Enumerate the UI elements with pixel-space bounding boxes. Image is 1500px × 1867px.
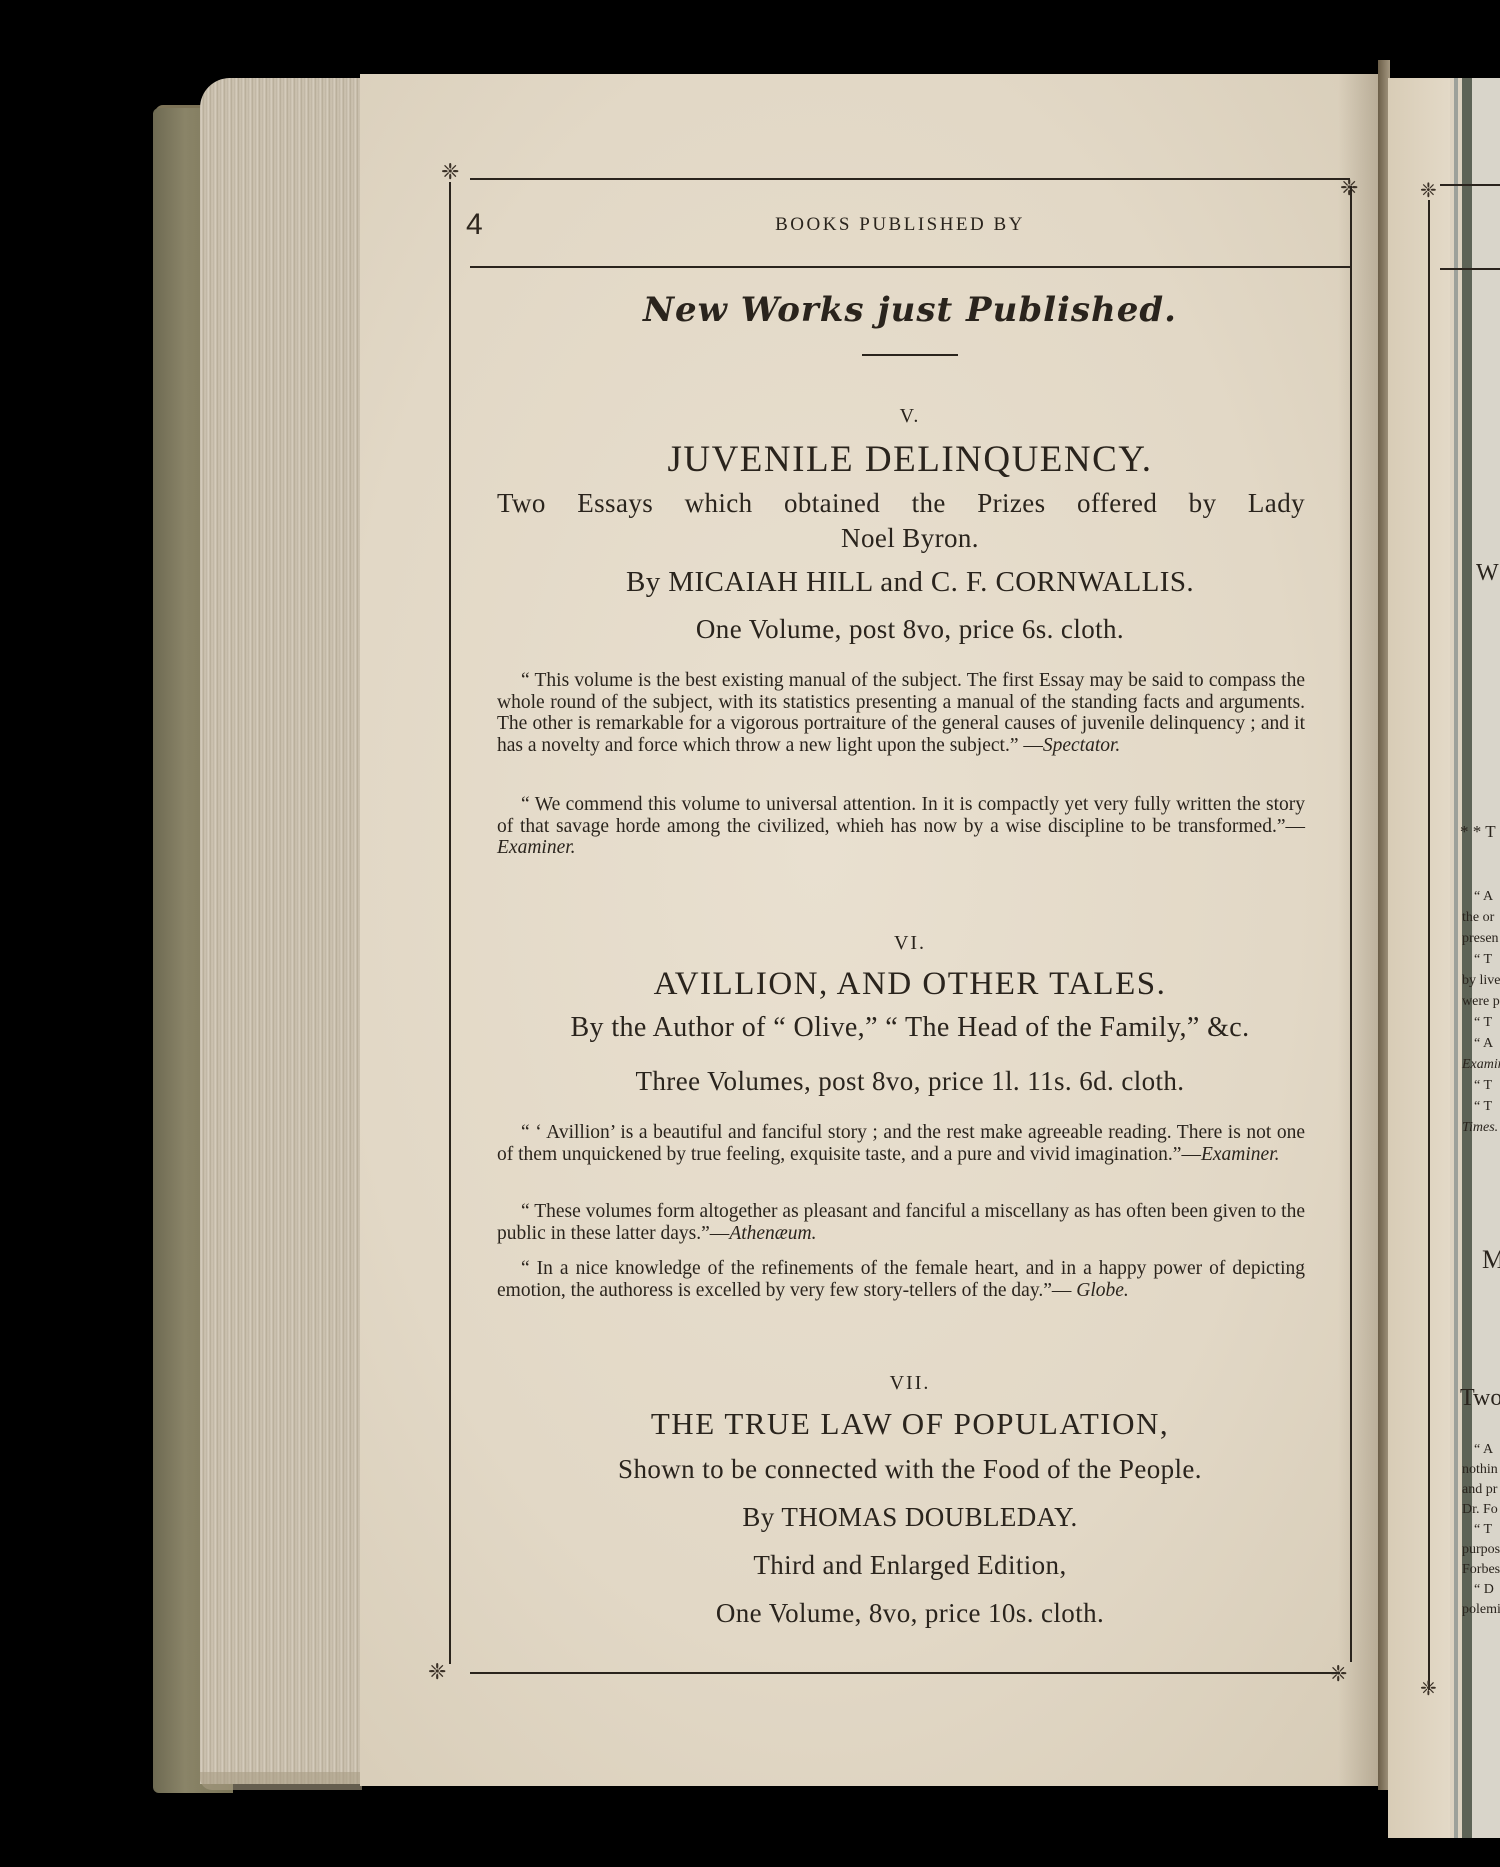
facing-fragment: purpos — [1462, 1540, 1500, 1560]
entry-numeral: VII. — [490, 1372, 1330, 1395]
review-source: Spectator. — [1043, 735, 1120, 756]
entry-format: One Volume, 8vo, price 10s. cloth. — [490, 1598, 1330, 1629]
facing-page-margin — [1388, 78, 1450, 1838]
frame-top-rule — [470, 178, 1350, 180]
facing-fragment: the or — [1462, 907, 1500, 928]
facing-page-ornament-icon: ❈ — [1420, 180, 1437, 200]
facing-fragment: “ A — [1462, 1440, 1500, 1460]
facing-fragment: “ T — [1462, 1520, 1500, 1540]
frame-right-rule — [1350, 186, 1352, 1662]
page-edges — [200, 78, 362, 1784]
frame-bottom-rule — [470, 1672, 1340, 1674]
facing-fragment-block-3: “ A nothin and pr Dr. Fo “ T purpos Forb… — [1462, 1440, 1500, 1620]
facing-fragment: “ T — [1462, 949, 1500, 970]
entry-subtitle: Noel Byron. — [490, 523, 1330, 554]
review-quote: “ In a nice knowledge of the refinements… — [497, 1258, 1305, 1301]
facing-fragment-block-1: “ A — [1474, 887, 1500, 908]
review-quote: “ We commend this volume to universal at… — [497, 794, 1305, 859]
frame-left-rule — [449, 182, 451, 1664]
entry-format: One Volume, post 8vo, price 6s. cloth. — [490, 614, 1330, 645]
entry-title: AVILLION, AND OTHER TALES. — [490, 966, 1330, 1003]
facing-fragment: nothin — [1462, 1460, 1500, 1480]
entry-author: By THOMAS DOUBLEDAY. — [490, 1502, 1330, 1533]
glass-edge — [1454, 78, 1458, 1838]
review-source: Examiner. — [1201, 1144, 1280, 1165]
entry-author: By MICAIAH HILL and C. F. CORNWALLIS. — [490, 566, 1330, 599]
facing-fragment: M — [1482, 1245, 1500, 1275]
review-quote: “ This volume is the best existing manua… — [497, 670, 1305, 756]
facing-fragment: Forbes — [1462, 1560, 1500, 1580]
entry-subtitle: Shown to be connected with the Food of t… — [490, 1454, 1330, 1485]
entry-title: THE TRUE LAW OF POPULATION, — [490, 1406, 1330, 1442]
entry-numeral: VI. — [490, 932, 1330, 955]
corner-ornament-icon: ❈ — [428, 1662, 446, 1684]
facing-page-top-rule — [1440, 184, 1500, 186]
page-number: 4 — [466, 208, 483, 242]
review-text: “ These volumes form altogether as pleas… — [497, 1201, 1305, 1244]
facing-fragment: Dr. Fo — [1462, 1500, 1500, 1520]
facing-fragment: “ A — [1474, 887, 1500, 908]
facing-fragment: “ T — [1462, 1096, 1500, 1117]
section-title: New Works just Published. — [560, 290, 1260, 330]
facing-page-header-rule — [1440, 268, 1500, 270]
review-text: “ ‘ Avillion’ is a beautiful and fancifu… — [497, 1122, 1305, 1165]
entry-format: Three Volumes, post 8vo, price 1l. 11s. … — [490, 1066, 1330, 1097]
facing-fragment: by live — [1462, 970, 1500, 991]
corner-ornament-icon: ❈ — [1329, 1664, 1347, 1686]
facing-fragment-block-2: the or presen “ T by live were p “ T “ A… — [1462, 907, 1500, 1138]
facing-fragment: Examin — [1462, 1054, 1500, 1075]
entry-numeral: V. — [490, 405, 1330, 428]
facing-fragment: were p — [1462, 991, 1500, 1012]
entry-title: JUVENILE DELINQUENCY. — [490, 438, 1330, 481]
facing-fragment: * * T — [1460, 822, 1496, 842]
review-source: Examiner. — [497, 837, 576, 858]
header-rule — [470, 266, 1350, 268]
entry-author: By the Author of “ Olive,” “ The Head of… — [490, 1012, 1330, 1044]
entry-subtitle: Two Essays which obtained the Prizes off… — [497, 488, 1305, 519]
facing-fragment: “ T — [1462, 1012, 1500, 1033]
facing-fragment: W — [1476, 560, 1499, 587]
review-quote: “ ‘ Avillion’ is a beautiful and fancifu… — [497, 1122, 1305, 1165]
facing-fragment: Times. — [1462, 1117, 1500, 1138]
facing-fragment: and pr — [1462, 1480, 1500, 1500]
review-quote: “ These volumes form altogether as pleas… — [497, 1201, 1305, 1244]
corner-ornament-icon: ❈ — [441, 162, 459, 184]
running-head: BOOKS PUBLISHED BY — [700, 214, 1100, 236]
facing-fragment: Two — [1460, 1385, 1500, 1412]
review-text: “ In a nice knowledge of the refinements… — [497, 1258, 1305, 1301]
title-rule — [862, 354, 958, 356]
facing-fragment: presen — [1462, 928, 1500, 949]
facing-fragment: polemi — [1462, 1600, 1500, 1620]
facing-fragment: “ T — [1462, 1075, 1500, 1096]
facing-fragment: “ A — [1462, 1033, 1500, 1054]
entry-edition: Third and Enlarged Edition, — [490, 1550, 1330, 1581]
facing-page-frame-left — [1428, 200, 1430, 1690]
review-source: Globe. — [1076, 1280, 1129, 1301]
review-source: Athenæum. — [729, 1223, 816, 1244]
review-text: “ We commend this volume to universal at… — [497, 794, 1305, 837]
facing-page-ornament-icon: ❈ — [1420, 1678, 1437, 1698]
review-text: “ This volume is the best existing manua… — [497, 670, 1305, 756]
facing-fragment: “ D — [1462, 1580, 1500, 1600]
